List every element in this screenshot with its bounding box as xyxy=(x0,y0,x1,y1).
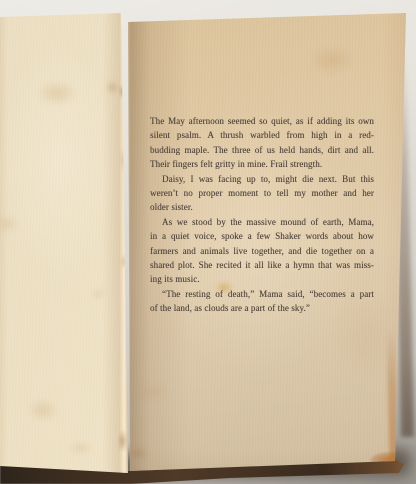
text-line: silent psalm. A thrush warbled from high… xyxy=(150,128,374,142)
text-line: “The resting of death,” Mama said, “beco… xyxy=(150,287,374,301)
text-line: Daisy, I was facing up to, might die nex… xyxy=(150,172,374,186)
foxing-stain xyxy=(27,398,59,422)
foxing-stain xyxy=(0,214,20,234)
text-area-stain xyxy=(215,281,233,294)
text-line: ing its music. xyxy=(150,272,374,286)
text-line: of the land, as clouds are a part of the… xyxy=(150,301,374,315)
fold-rust-spot xyxy=(119,84,128,99)
page-text-block: The May afternoon seemed so quiet, as if… xyxy=(150,114,374,316)
text-line: weren’t no proper moment to tell my moth… xyxy=(150,186,374,200)
fold-rust-spot xyxy=(118,430,127,452)
gutter-fold-highlight xyxy=(120,8,128,476)
foxing-stain xyxy=(127,447,149,460)
text-line: budding maple. The three of us held hand… xyxy=(150,143,374,157)
foxing-stain xyxy=(138,382,168,402)
text-line: As we stood by the massive mound of eart… xyxy=(150,215,374,229)
fold-rust-spot xyxy=(121,148,127,172)
text-line: in a quiet voice, spoke a few Shaker wor… xyxy=(150,229,374,243)
gutter-shade-left xyxy=(102,0,120,484)
foxing-stain xyxy=(310,46,354,74)
text-line: farmers and animals live together, and d… xyxy=(150,244,374,258)
foxing-stain xyxy=(68,440,94,456)
text-line: Their fingers felt gritty in mine. Frail… xyxy=(150,157,374,171)
text-line: The May afternoon seemed so quiet, as if… xyxy=(150,114,374,128)
foxing-stain xyxy=(36,80,78,106)
text-line: shared plot. She recited it all like a h… xyxy=(150,258,374,272)
text-line: older sister. xyxy=(150,200,374,214)
fold-rust-spot xyxy=(121,254,127,269)
book-photo-scene: The May afternoon seemed so quiet, as if… xyxy=(0,0,416,484)
